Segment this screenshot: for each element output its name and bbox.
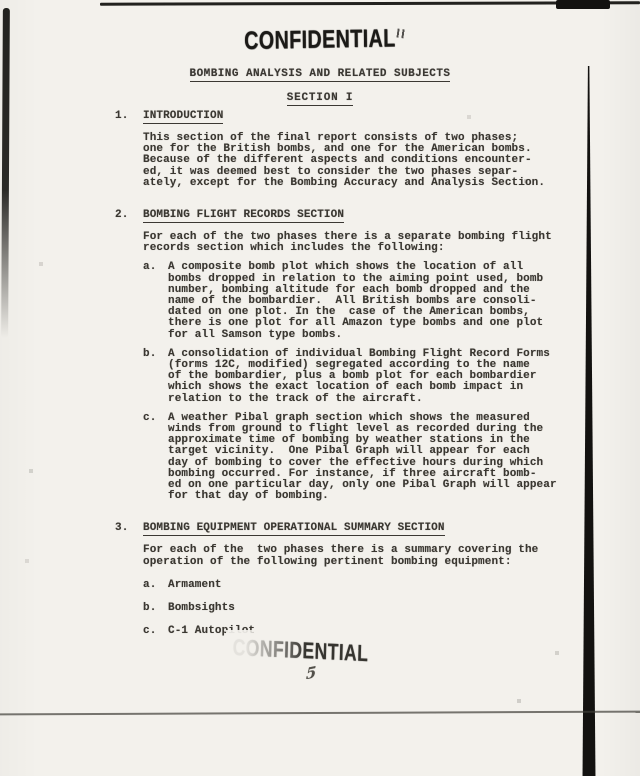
list-item-text: A consolidation of individual Bombing Fl…	[168, 349, 550, 405]
list-item-letter: c.	[143, 626, 168, 637]
document-body: 1. INTRODUCTION This section of the fina…	[115, 110, 590, 658]
stamp-ink-smudge	[396, 28, 405, 38]
section-heading: INTRODUCTION	[143, 110, 223, 124]
section-number: 2.	[115, 209, 143, 223]
scan-edge-bottom-line	[0, 711, 640, 716]
document-title: BOMBING ANALYSIS AND RELATED SUBJECTS	[190, 68, 451, 82]
section-number: 3.	[115, 522, 143, 536]
section-label-row: SECTION I	[0, 87, 640, 106]
section-heading-row: 1. INTRODUCTION	[115, 110, 590, 124]
list-item-text: A weather Pibal graph section which show…	[168, 413, 557, 503]
list-item-letter: b.	[143, 603, 168, 614]
list-item-a: a. A composite bomb plot which shows the…	[143, 262, 590, 340]
section-heading-row: 3. BOMBING EQUIPMENT OPERATIONAL SUMMARY…	[115, 522, 590, 536]
list-item-text: Armament	[168, 580, 222, 591]
scan-edge-top-corner-smudge	[556, 0, 610, 9]
section-bombing-flight-records: 2. BOMBING FLIGHT RECORDS SECTION For ea…	[115, 209, 590, 502]
stamp-fade-overlay	[226, 630, 306, 664]
paragraph: For each of the two phases there is a se…	[143, 232, 590, 254]
paragraph: For each of the two phases there is a su…	[143, 545, 590, 567]
scan-edge-left-band	[1, 8, 10, 338]
section-heading: BOMBING EQUIPMENT OPERATIONAL SUMMARY SE…	[143, 522, 445, 536]
confidential-stamp-top: CONFIDENTIAL	[244, 24, 396, 56]
list-item-letter: c.	[143, 413, 168, 503]
list-item-b: b. A consolidation of individual Bombing…	[143, 349, 590, 405]
list-item-letter: a.	[143, 580, 168, 591]
section-heading-row: 2. BOMBING FLIGHT RECORDS SECTION	[115, 209, 590, 223]
list-item-letter: a.	[143, 262, 168, 340]
list-item-letter: b.	[143, 349, 168, 405]
list-item-b: b. Bombsights	[143, 603, 590, 614]
section-introduction: 1. INTRODUCTION This section of the fina…	[115, 110, 590, 189]
list-item-text: Bombsights	[168, 603, 235, 614]
paragraph: This section of the final report consist…	[143, 133, 590, 189]
section-heading: BOMBING FLIGHT RECORDS SECTION	[143, 209, 344, 223]
list-item-c: c. A weather Pibal graph section which s…	[143, 413, 590, 503]
list-item-a: a. Armament	[143, 580, 590, 591]
section-bombing-equipment: 3. BOMBING EQUIPMENT OPERATIONAL SUMMARY…	[115, 522, 590, 637]
section-label: SECTION I	[287, 92, 354, 106]
list-item-text: A composite bomb plot which shows the lo…	[168, 262, 543, 340]
scanned-document-page: CONFIDENTIAL BOMBING ANALYSIS AND RELATE…	[0, 0, 640, 776]
section-number: 1.	[115, 110, 143, 124]
scan-noise-specks	[0, 0, 2, 2]
list-item-c: c. C-1 Autopilot	[143, 626, 590, 637]
document-title-row: BOMBING ANALYSIS AND RELATED SUBJECTS	[0, 63, 640, 82]
handwritten-page-number: 5	[306, 663, 317, 684]
